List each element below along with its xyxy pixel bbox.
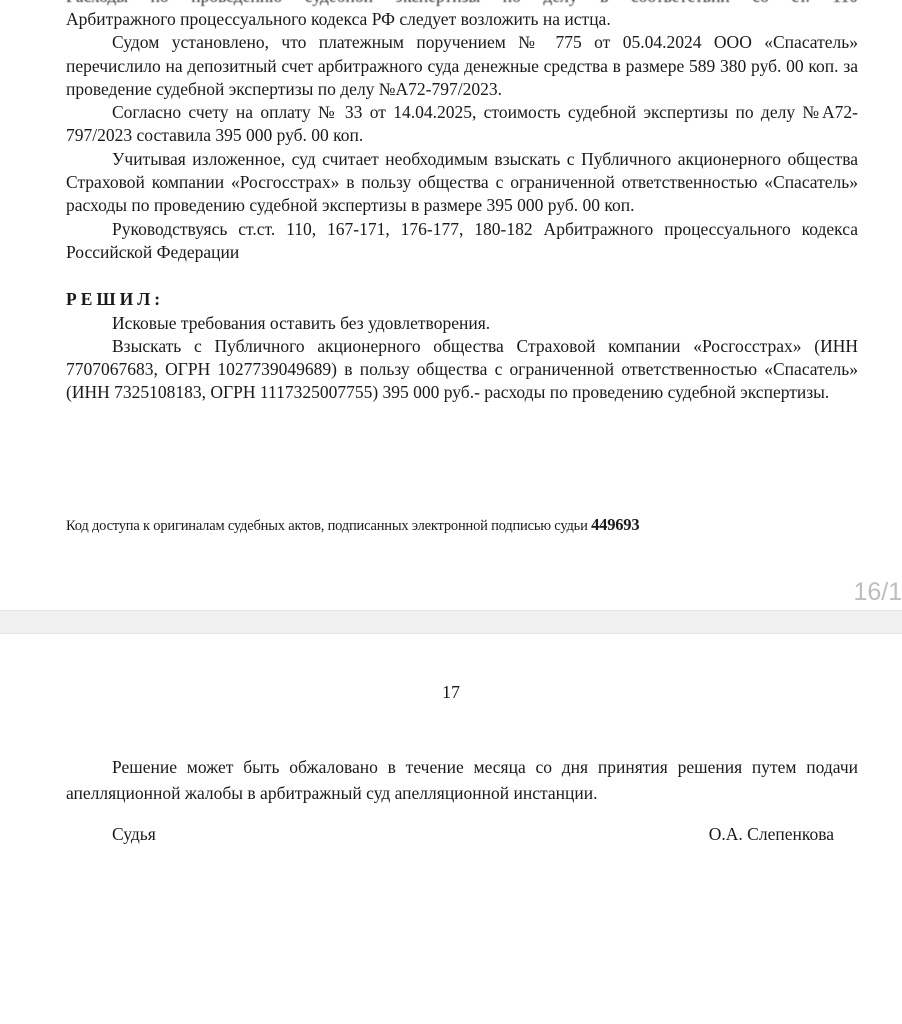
appeal-paragraph: Решение может быть обжаловано в течение … — [66, 754, 858, 806]
access-code-line: Код доступа к оригиналам судебных актов,… — [66, 515, 639, 535]
paragraph-continuation: Арбитражного процессуального кодекса РФ … — [66, 8, 858, 31]
decision-paragraph-recover: Взыскать с Публичного акционерного общес… — [66, 335, 858, 405]
document-page-16: Расходы по проведению судебной экспертиз… — [0, 0, 902, 610]
page-number: 17 — [0, 682, 902, 703]
page-body: Арбитражного процессуального кодекса РФ … — [66, 8, 858, 405]
decision-paragraph-dismiss: Исковые требования оставить без удовлетв… — [66, 312, 858, 335]
paragraph-payment: Судом установлено, что платежным поручен… — [66, 31, 858, 101]
access-code-label: Код доступа к оригиналам судебных актов,… — [66, 518, 588, 534]
access-code: 449693 — [591, 515, 639, 534]
paragraph-recovery: Учитывая изложенное, суд считает необход… — [66, 148, 858, 218]
signature-label: Судья — [112, 824, 156, 845]
paragraph-legal-basis: Руководствуясь ст.ст. 110, 167-171, 176-… — [66, 218, 858, 265]
paragraph-invoice: Согласно счету на оплату № 33 от 14.04.2… — [66, 101, 858, 148]
decision-heading: РЕШИЛ: — [66, 288, 858, 311]
document-viewer[interactable]: Расходы по проведению судебной экспертиз… — [0, 0, 902, 1024]
page-separator — [0, 610, 902, 634]
judge-name: О.А. Слепенкова — [709, 824, 834, 845]
document-page-17: 17 Решение может быть обжаловано в течен… — [0, 634, 902, 1024]
page-indicator: 16/17 — [853, 578, 902, 607]
